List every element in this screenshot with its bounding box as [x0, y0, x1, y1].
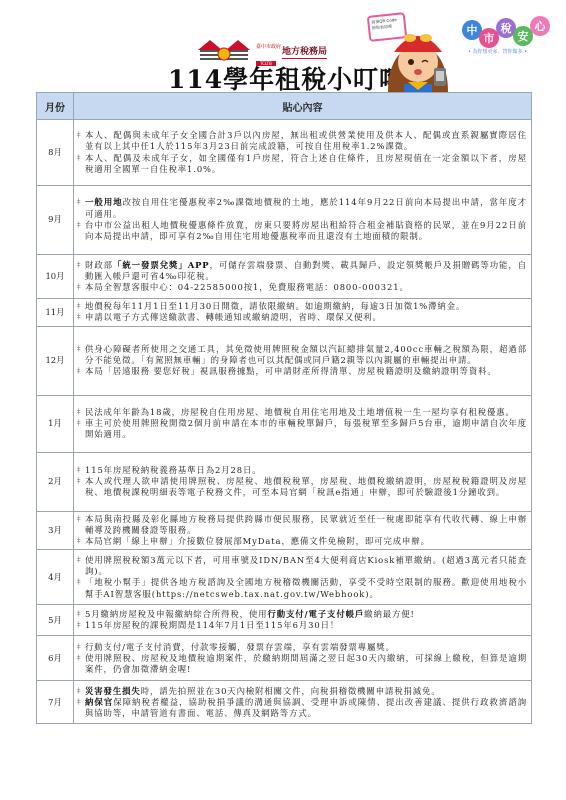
tip-text: 車主可於使用牌照稅開徵2個月前申請在本市的車輛稅單歸戶，每張稅單至多歸戶5台車，…	[85, 418, 527, 441]
bullet-icon: ‡	[77, 555, 85, 566]
month-cell: 7月	[37, 681, 74, 724]
tip-item: ‡本人、配偶及未成年子女，如全國僅有1戶房屋，符合上述自住條件，且房屋現值在一定…	[77, 153, 527, 176]
bullet-icon: ‡	[77, 366, 85, 377]
content-cell: ‡地價稅每年11月1日至11月30日開徵，請依限繳納。如逾期繳納，每逾3日加徵1…	[74, 299, 532, 327]
tip-item: ‡一般用地改按自用住宅優惠稅率2‰課徵地價稅的土地，應於114年9月22日前向本…	[77, 197, 527, 220]
bullet-icon: ‡	[77, 476, 85, 487]
tip-item: ‡民法成年年齡為18歲，房屋稅自住用房屋、地價稅自用住宅用地及土地增值稅一生一屋…	[77, 407, 527, 418]
table-row: 3月 ‡本局與南投縣及彰化縣地方稅務局提供跨縣市便民服務，民眾就近至任一稅處即能…	[37, 511, 532, 550]
tip-item: ‡5月繳納房屋稅及申報繳納綜合所得稅，使用行動支付/電子支付帳戶繳納最方便!	[77, 609, 527, 620]
month-cell: 1月	[37, 395, 74, 452]
bullet-icon: ‡	[77, 577, 85, 588]
tip-item: ‡車主可於使用牌照稅開徵2個月前申請在本市的車輛稅單歸戶，每張稅單至多歸戶5台車…	[77, 418, 527, 441]
logo-bureau-name: 地方稅務局	[282, 44, 327, 59]
tip-text: 台中市公益出租人地價稅優惠條件放寬，房東只要將房屋出租給符合租金補貼資格的民眾，…	[85, 220, 527, 243]
bullet-icon: ‡	[77, 220, 85, 231]
bullet-icon: ‡	[77, 407, 85, 418]
bullet-icon: ‡	[77, 282, 85, 293]
content-cell: ‡115年房屋稅納稅義務基準日為2月28日。‡本人或代理人欲申請使用牌照稅、房屋…	[74, 452, 532, 511]
tip-item: ‡本局與南投縣及彰化縣地方稅務局提供跨縣市便民服務，民眾就近至任一稅處即能享有代…	[77, 514, 527, 537]
tip-text: 本局與南投縣及彰化縣地方稅務局提供跨縣市便民服務，民眾就近至任一稅處即能享有代收…	[85, 514, 527, 537]
brand-logo: 中 市 稅 安 心 • 為你想更多．替你做多 •	[462, 14, 562, 64]
tip-item: ‡本人、配偶與未成年子女全國合計3戶以內房屋，無出租或供營業使用及供本人、配偶或…	[77, 130, 527, 153]
month-cell: 12月	[37, 326, 74, 395]
tip-item: ‡地價稅每年11月1日至11月30日開徵，請依限繳納。如逾期繳納，每逾3日加徵1…	[77, 301, 527, 312]
tip-item: ‡115年房屋稅的課稅期間是114年7月1日至115年6月30日！	[77, 620, 527, 631]
table-row: 6月 ‡行動支付/電子支付消費，付款零接觸，發票存雲端，享有雲端發票專屬獎。‡使…	[37, 636, 532, 681]
content-column-header: 貼心內容	[74, 93, 532, 120]
tip-text: 5月繳納房屋稅及申報繳納綜合所得稅，使用行動支付/電子支付帳戶繳納最方便!	[85, 609, 527, 620]
tip-text: 地價稅每年11月1日至11月30日開徵，請依限繳納。如逾期繳納，每逾3日加徵1%…	[85, 301, 527, 312]
mascot-illustration-icon	[378, 12, 458, 92]
content-cell: ‡一般用地改按自用住宅優惠稅率2‰課徵地價稅的土地，應於114年9月22日前向本…	[74, 186, 532, 255]
tip-item: ‡供身心障礙者所使用之交通工具，其免徵使用牌照稅金額以汽缸總排氣量2,400cc…	[77, 344, 527, 367]
tip-item: ‡災害發生損失時，請先拍照並在30天內檢附相關文件，向稅捐稽徵機關申請稅捐減免。	[77, 686, 527, 697]
tip-text: 一般用地改按自用住宅優惠稅率2‰課徵地價稅的土地，應於114年9月22日前向本局…	[85, 197, 527, 220]
tip-item: ‡台中市公益出租人地價稅優惠條件放寬，房東只要將房屋出租給符合租金補貼資格的民眾…	[77, 220, 527, 243]
bullet-icon: ‡	[77, 609, 85, 620]
tip-highlight: 納保官	[85, 697, 113, 707]
month-cell: 4月	[37, 550, 74, 605]
tip-text: 財政部「統一發票兌獎」APP，可儲存雲端發票、自動對獎、載具歸戶、設定領獎帳戶及…	[85, 260, 527, 283]
bullet-icon: ‡	[77, 536, 85, 547]
month-cell: 6月	[37, 636, 74, 681]
tax-tips-table: 月份 貼心內容 8月 ‡本人、配偶與未成年子女全國合計3戶以內房屋，無出租或供營…	[36, 92, 532, 724]
content-cell: ‡使用牌照稅稅額3萬元以下者，可用車號及IDN/BAN至4大便利商店Kiosk補…	[74, 550, 532, 605]
tip-item: ‡「地稅小幫手」提供各地方稅諮詢及全國地方稅稽徵機關活動，享受不受時空限制的服務…	[77, 577, 527, 600]
tip-item: ‡本局「居遠服務 要您好稅」視訊服務據點，可申請財產所得清單、房屋稅籍證明及繳納…	[77, 366, 527, 377]
bullet-icon: ‡	[77, 514, 85, 525]
tip-text: 行動支付/電子支付消費，付款零接觸，發票存雲端，享有雲端發票專屬獎。	[85, 642, 527, 653]
tip-text: 供身心障礙者所使用之交通工具，其免徵使用牌照稅金額以汽缸總排氣量2,400cc車…	[85, 344, 527, 367]
tip-highlight: 行動支付/電子支付帳戶	[267, 609, 364, 619]
table-row: 5月 ‡5月繳納房屋稅及申報繳納綜合所得稅，使用行動支付/電子支付帳戶繳納最方便…	[37, 605, 532, 636]
tip-text: 使用牌照稅、房屋稅及地價稅逾期案件，於繳納期間屆滿之翌日起30天內繳納，可採線上…	[85, 653, 527, 676]
month-cell: 2月	[37, 452, 74, 511]
tip-item: ‡使用牌照稅、房屋稅及地價稅逾期案件，於繳納期間屆滿之翌日起30天內繳納，可採線…	[77, 653, 527, 676]
tip-text: 本局全智慧客服中心：04-22585000按1，免費服務電話：0800-0003…	[85, 282, 527, 293]
tip-text: 本人、配偶及未成年子女，如全國僅有1戶房屋，符合上述自住條件，且房屋現值在一定金…	[85, 153, 527, 176]
bullet-icon: ‡	[77, 418, 85, 429]
table-row: 1月 ‡民法成年年齡為18歲，房屋稅自住用房屋、地價稅自用住宅用地及土地增值稅一…	[37, 395, 532, 452]
tip-highlight: 「統一發票兌獎」APP	[113, 260, 210, 270]
logo-city-text: 臺中市政府	[256, 44, 281, 50]
tip-text: 本局官網「線上申辦」介接數位發展部MyData，應備文件免檢附，即可完成申辦。	[85, 536, 527, 547]
page-header: 臺中市政府 TCLTB 地方稅務局 114學年租稅小叮嚀 掃描QR-Code 節…	[0, 0, 566, 92]
month-column-header: 月份	[37, 93, 74, 120]
bullet-icon: ‡	[77, 642, 85, 653]
tip-text: 「地稅小幫手」提供各地方稅諮詢及全國地方稅稽徵機關活動，享受不受時空限制的服務。…	[85, 577, 527, 600]
bullet-icon: ‡	[77, 686, 85, 697]
tip-text: 使用牌照稅稅額3萬元以下者，可用車號及IDN/BAN至4大便利商店Kiosk補單…	[85, 555, 527, 578]
tip-item: ‡本局全智慧客服中心：04-22585000按1，免費服務電話：0800-000…	[77, 282, 527, 293]
table-row: 8月 ‡本人、配偶與未成年子女全國合計3戶以內房屋，無出租或供營業使用及供本人、…	[37, 120, 532, 186]
brand-char-5: 心	[530, 16, 550, 36]
table-row: 12月 ‡供身心障礙者所使用之交通工具，其免徵使用牌照稅金額以汽缸總排氣量2,4…	[37, 326, 532, 395]
tip-text: 納保官保障納稅者權益，協助稅捐爭議的溝通與協調、受理申訴或陳情、提出改善建議、提…	[85, 697, 527, 720]
table-row: 10月 ‡財政部「統一發票兌獎」APP，可儲存雲端發票、自動對獎、載具歸戶、設定…	[37, 255, 532, 299]
tip-text: 申請以電子方式傳送繳款書、轉帳通知或繳納證明，省時、環保又便利。	[85, 312, 527, 323]
tip-item: ‡納保官保障納稅者權益，協助稅捐爭議的溝通與協調、受理申訴或陳情、提出改善建議、…	[77, 697, 527, 720]
bullet-icon: ‡	[77, 301, 85, 312]
content-cell: ‡財政部「統一發票兌獎」APP，可儲存雲端發票、自動對獎、載具歸戶、設定領獎帳戶…	[74, 255, 532, 299]
content-cell: ‡民法成年年齡為18歲，房屋稅自住用房屋、地價稅自用住宅用地及土地增值稅一生一屋…	[74, 395, 532, 452]
tip-item: ‡使用牌照稅稅額3萬元以下者，可用車號及IDN/BAN至4大便利商店Kiosk補…	[77, 555, 527, 578]
tip-item: ‡財政部「統一發票兌獎」APP，可儲存雲端發票、自動對獎、載具歸戶、設定領獎帳戶…	[77, 260, 527, 283]
brand-tagline: • 為你想更多．替你做多 •	[468, 48, 527, 55]
tip-highlight: 災害發生損失	[85, 686, 141, 696]
content-cell: ‡本人、配偶與未成年子女全國合計3戶以內房屋，無出租或供營業使用及供本人、配偶或…	[74, 120, 532, 186]
table-header-row: 月份 貼心內容	[37, 93, 532, 120]
tip-text: 115年房屋稅的課稅期間是114年7月1日至115年6月30日！	[85, 620, 527, 631]
bullet-icon: ‡	[77, 344, 85, 355]
bullet-icon: ‡	[77, 312, 85, 323]
tip-item: ‡本局官網「線上申辦」介接數位發展部MyData，應備文件免檢附，即可完成申辦。	[77, 536, 527, 547]
tip-item: ‡申請以電子方式傳送繳款書、轉帳通知或繳納證明，省時、環保又便利。	[77, 312, 527, 323]
tip-item: ‡行動支付/電子支付消費，付款零接觸，發票存雲端，享有雲端發票專屬獎。	[77, 642, 527, 653]
table-row: 11月 ‡地價稅每年11月1日至11月30日開徵，請依限繳納。如逾期繳納，每逾3…	[37, 299, 532, 327]
tip-highlight: 一般用地	[85, 197, 123, 207]
bullet-icon: ‡	[77, 153, 85, 164]
bullet-icon: ‡	[77, 260, 85, 271]
tip-text: 本局「居遠服務 要您好稅」視訊服務據點，可申請財產所得清單、房屋稅籍證明及繳納證…	[85, 366, 527, 377]
tip-text: 本人、配偶與未成年子女全國合計3戶以內房屋，無出租或供營業使用及供本人、配偶或直…	[85, 130, 527, 153]
month-cell: 5月	[37, 605, 74, 636]
roof-logo-icon	[196, 38, 236, 58]
content-cell: ‡本局與南投縣及彰化縣地方稅務局提供跨縣市便民服務，民眾就近至任一稅處即能享有代…	[74, 511, 532, 550]
bullet-icon: ‡	[77, 197, 85, 208]
tip-text: 115年房屋稅納稅義務基準日為2月28日。	[85, 465, 527, 476]
tax-bureau-logo: 臺中市政府 TCLTB 地方稅務局	[196, 38, 336, 62]
bullet-icon: ‡	[77, 465, 85, 476]
bullet-icon: ‡	[77, 620, 85, 631]
month-cell: 9月	[37, 186, 74, 255]
content-cell: ‡5月繳納房屋稅及申報繳納綜合所得稅，使用行動支付/電子支付帳戶繳納最方便!‡1…	[74, 605, 532, 636]
content-cell: ‡災害發生損失時，請先拍照並在30天內檢附相關文件，向稅捐稽徵機關申請稅捐減免。…	[74, 681, 532, 724]
table-row: 7月 ‡災害發生損失時，請先拍照並在30天內檢附相關文件，向稅捐稽徵機關申請稅捐…	[37, 681, 532, 724]
month-cell: 10月	[37, 255, 74, 299]
tip-text: 民法成年年齡為18歲，房屋稅自住用房屋、地價稅自用住宅用地及土地增值稅一生一屋均…	[85, 407, 527, 418]
tip-text: 本人或代理人欲申請使用牌照稅、房屋稅、地價稅稅單，房屋稅、地價稅繳納證明，房屋稅…	[85, 476, 527, 499]
tip-item: ‡本人或代理人欲申請使用牌照稅、房屋稅、地價稅稅單，房屋稅、地價稅繳納證明，房屋…	[77, 476, 527, 499]
content-cell: ‡供身心障礙者所使用之交通工具，其免徵使用牌照稅金額以汽缸總排氣量2,400cc…	[74, 326, 532, 395]
bullet-icon: ‡	[77, 697, 85, 708]
month-cell: 11月	[37, 299, 74, 327]
tip-item: ‡115年房屋稅納稅義務基準日為2月28日。	[77, 465, 527, 476]
bullet-icon: ‡	[77, 653, 85, 664]
table-row: 4月 ‡使用牌照稅稅額3萬元以下者，可用車號及IDN/BAN至4大便利商店Kio…	[37, 550, 532, 605]
month-cell: 3月	[37, 511, 74, 550]
tip-text: 災害發生損失時，請先拍照並在30天內檢附相關文件，向稅捐稽徵機關申請稅捐減免。	[85, 686, 527, 697]
table-row: 9月 ‡一般用地改按自用住宅優惠稅率2‰課徵地價稅的土地，應於114年9月22日…	[37, 186, 532, 255]
bullet-icon: ‡	[77, 130, 85, 141]
content-cell: ‡行動支付/電子支付消費，付款零接觸，發票存雲端，享有雲端發票專屬獎。‡使用牌照…	[74, 636, 532, 681]
table-row: 2月 ‡115年房屋稅納稅義務基準日為2月28日。‡本人或代理人欲申請使用牌照稅…	[37, 452, 532, 511]
page-title: 114學年租稅小叮嚀	[168, 60, 405, 96]
month-cell: 8月	[37, 120, 74, 186]
